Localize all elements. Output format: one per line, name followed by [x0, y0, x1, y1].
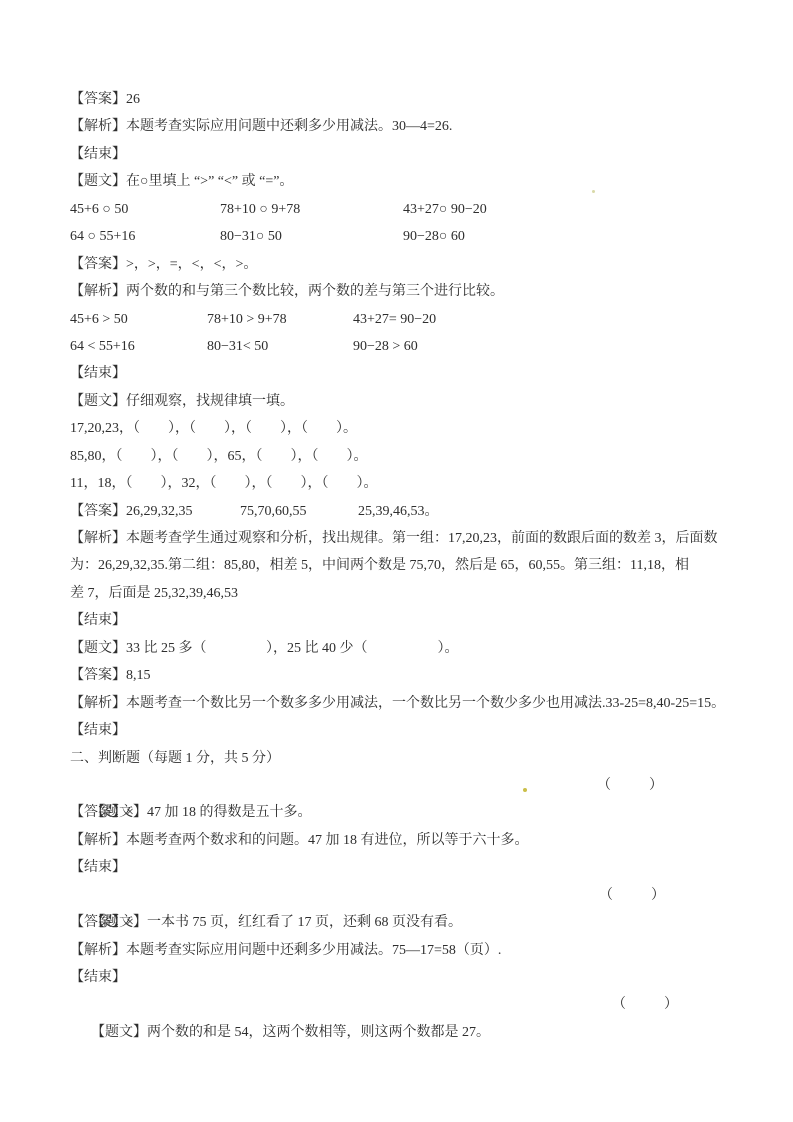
equation-cell: 45+6 > 50	[70, 306, 207, 333]
answer-line: 【答案】8,15	[70, 662, 735, 689]
end-marker-line: 【结束】	[70, 854, 735, 881]
question-line: 【题文】在○里填上 “>” “<” 或 “=”。	[70, 168, 735, 195]
answer-line: 【答案】×	[70, 799, 735, 826]
scan-artifact-dot	[523, 788, 527, 792]
equation-row: 64 < 55+16 80−31< 50 90−28 > 60	[70, 333, 735, 360]
judgement-question-line: 【题文】47 加 18 的得数是五十多。 （）	[70, 772, 735, 799]
end-marker-line: 【结束】	[70, 607, 735, 634]
equation-cell: 78+10 ○ 9+78	[220, 196, 403, 223]
equation-row: 45+6 ○ 50 78+10 ○ 9+78 43+27○ 90−20	[70, 196, 735, 223]
judgement-question-line: 【题文】两个数的和是 54，这两个数相等，则这两个数都是 27。 （）	[70, 991, 735, 1018]
end-marker-line: 【结束】	[70, 141, 735, 168]
equation-cell: 90−28 > 60	[353, 333, 418, 360]
sequence-line: 17,20,23，（ ），（ ），（ ），（ ）。	[70, 415, 735, 442]
answer-cell: 75,70,60,55	[240, 498, 358, 525]
analysis-line: 【解析】本题考查学生通过观察和分析，找出规律。第一组：17,20,23，前面的数…	[70, 525, 735, 552]
analysis-line: 【解析】本题考查实际应用问题中还剩多少用减法。30—4=26.	[70, 113, 735, 140]
answer-blank-parens: （）	[597, 772, 701, 799]
equation-cell: 78+10 > 9+78	[207, 306, 353, 333]
document-content: 【答案】26 【解析】本题考查实际应用问题中还剩多少用减法。30—4=26. 【…	[70, 86, 735, 1019]
sequence-line: 11，18，（ ），32，（ ），（ ），（ ）。	[70, 470, 735, 497]
equation-cell: 80−31< 50	[207, 333, 353, 360]
equation-cell: 90−28○ 60	[403, 223, 465, 250]
analysis-line: 【解析】本题考查实际应用问题中还剩多少用减法。75—17=58（页）.	[70, 937, 735, 964]
analysis-line: 【解析】本题考查一个数比另一个数多多少用减法，一个数比另一个数少多少也用减法.3…	[70, 690, 735, 717]
scan-artifact-dot	[592, 190, 595, 193]
equation-row: 64 ○ 55+16 80−31○ 50 90−28○ 60	[70, 223, 735, 250]
analysis-line: 【解析】两个数的和与第三个数比较，两个数的差与第三个进行比较。	[70, 278, 735, 305]
answer-line: 【答案】>，>，=，<，<，>。	[70, 251, 735, 278]
answer-cell: 【答案】26,29,32,35	[70, 498, 240, 525]
equation-cell: 80−31○ 50	[220, 223, 403, 250]
answer-blank-parens: （）	[612, 991, 716, 1018]
scanned-exam-page: 【答案】26 【解析】本题考查实际应用问题中还剩多少用减法。30—4=26. 【…	[0, 0, 793, 1122]
judgement-question-line: 【题文】一本书 75 页，红红看了 17 页，还剩 68 页没有看。 （）	[70, 882, 735, 909]
sequence-line: 85,80，（ ），（ ），65，（ ），（ ）。	[70, 443, 735, 470]
answer-line: 【答案】26	[70, 86, 735, 113]
end-marker-line: 【结束】	[70, 964, 735, 991]
answer-line: 【答案】×	[70, 909, 735, 936]
analysis-line: 【解析】本题考查两个数求和的问题。47 加 18 有进位，所以等于六十多。	[70, 827, 735, 854]
equation-cell: 43+27○ 90−20	[403, 196, 487, 223]
equation-cell: 45+6 ○ 50	[70, 196, 220, 223]
answer-row: 【答案】26,29,32,35 75,70,60,55 25,39,46,53。	[70, 498, 735, 525]
question-line: 【题文】仔细观察，找规律填一填。	[70, 388, 735, 415]
equation-cell: 64 < 55+16	[70, 333, 207, 360]
answer-blank-parens: （）	[599, 882, 703, 909]
end-marker-line: 【结束】	[70, 717, 735, 744]
section-heading: 二、判断题（每题 1 分，共 5 分）	[70, 745, 735, 772]
question-text: 【题文】两个数的和是 54，这两个数相等，则这两个数都是 27。	[91, 1025, 490, 1040]
equation-cell: 43+27= 90−20	[353, 306, 436, 333]
equation-cell: 64 ○ 55+16	[70, 223, 220, 250]
analysis-line-continued: 差 7，后面是 25,32,39,46,53	[70, 580, 735, 607]
equation-row: 45+6 > 50 78+10 > 9+78 43+27= 90−20	[70, 306, 735, 333]
question-line: 【题文】33 比 25 多（ ），25 比 40 少（ ）。	[70, 635, 735, 662]
answer-cell: 25,39,46,53。	[358, 498, 439, 525]
end-marker-line: 【结束】	[70, 360, 735, 387]
analysis-line-continued: 为：26,29,32,35.第二组：85,80，相差 5，中间两个数是 75,7…	[70, 552, 735, 579]
